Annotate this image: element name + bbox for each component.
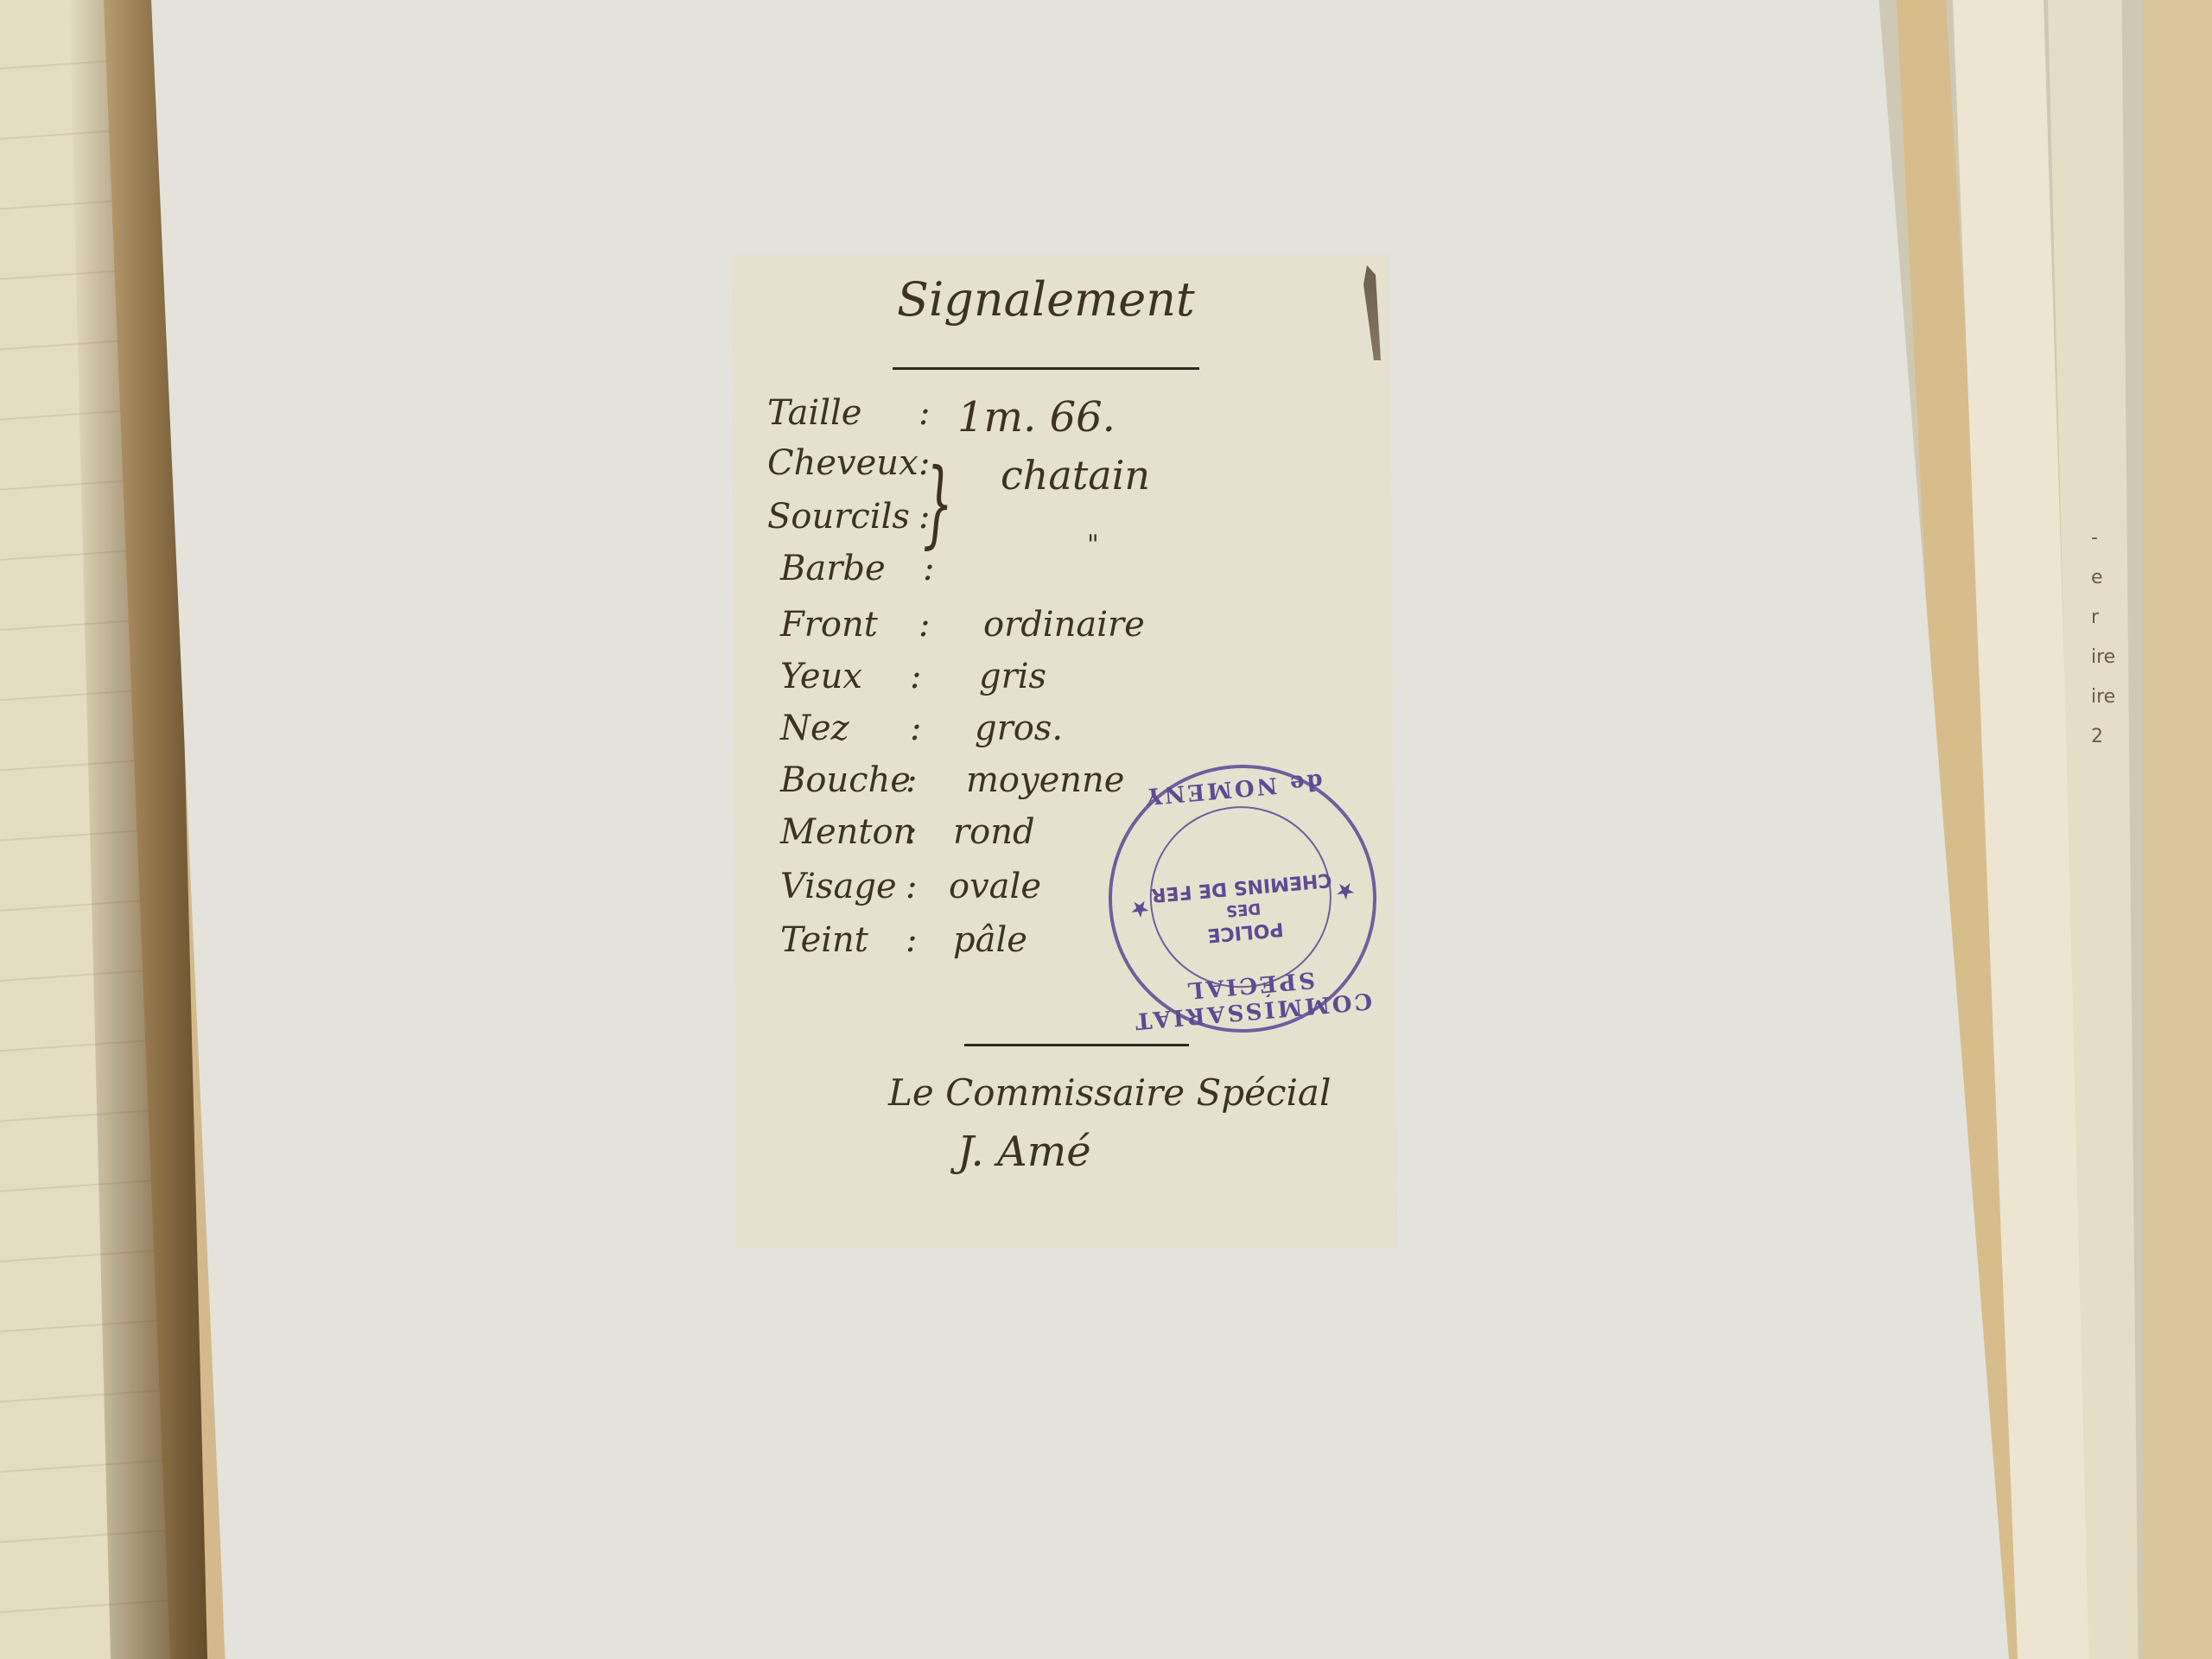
- row-value: chatain: [1001, 452, 1150, 499]
- row-colon: :: [906, 760, 917, 800]
- police-stamp: COMMISSARIAT SPÉCIAL de NOMENY ★ ★ POLIC…: [1097, 753, 1388, 1044]
- row-value: gris: [979, 657, 1046, 696]
- row-value: ovale: [949, 867, 1041, 906]
- row-yeux: Yeux : gris: [767, 657, 1251, 709]
- row-front: Front : ordinaire: [767, 605, 1251, 657]
- row-colon: :: [918, 393, 930, 433]
- signalement-card: Signalement Taille : 1m. 66. Cheveux : c…: [733, 255, 1396, 1249]
- row-nez: Nez : gros.: [767, 709, 1251, 760]
- signature: J. Amé: [957, 1128, 1091, 1176]
- mark: -: [2091, 518, 2126, 558]
- stamp-ring-text: COMMISSARIAT SPÉCIAL: [1119, 961, 1383, 1035]
- row-colon: :: [906, 867, 917, 906]
- row-label: Sourcils: [767, 497, 923, 537]
- row-label: Barbe: [780, 549, 936, 588]
- row-colon: :: [906, 920, 917, 960]
- row-sourcils: Sourcils :: [767, 497, 1251, 549]
- row-colon: :: [906, 812, 917, 852]
- row-label: Front: [780, 605, 936, 645]
- row-colon: :: [918, 497, 930, 537]
- card-title: Signalement: [897, 272, 1195, 327]
- title-underline: [893, 367, 1199, 370]
- row-value: pâle: [953, 920, 1027, 960]
- row-label: Cheveux: [767, 443, 923, 483]
- mark: 2: [2091, 717, 2126, 757]
- right-folder-back: [2143, 0, 2212, 1659]
- row-value: gros.: [975, 709, 1063, 748]
- row-cheveux: Cheveux : chatain: [767, 443, 1251, 495]
- row-value: 1m. 66.: [957, 393, 1116, 442]
- row-value: ": [1087, 530, 1099, 560]
- ink-smudge: [1363, 265, 1381, 360]
- row-colon: :: [910, 709, 921, 748]
- mark: ire: [2091, 638, 2126, 677]
- row-barbe: Barbe : ": [767, 549, 1251, 601]
- mark: r: [2091, 598, 2126, 638]
- mark: e: [2091, 558, 2126, 598]
- signature-rule: [964, 1044, 1189, 1046]
- row-value: rond: [953, 812, 1035, 852]
- row-value: moyenne: [966, 760, 1124, 800]
- row-value: ordinaire: [983, 605, 1145, 645]
- row-label: Taille: [767, 393, 923, 433]
- signature-title: Le Commissaire Spécial: [888, 1071, 1331, 1114]
- row-colon: :: [923, 549, 934, 588]
- row-colon: :: [918, 605, 930, 645]
- right-handwritten-marks: - e r ire ire 2: [2091, 518, 2126, 864]
- row-taille: Taille : 1m. 66.: [767, 393, 1251, 445]
- mark: ire: [2091, 677, 2126, 717]
- row-colon: :: [910, 657, 921, 696]
